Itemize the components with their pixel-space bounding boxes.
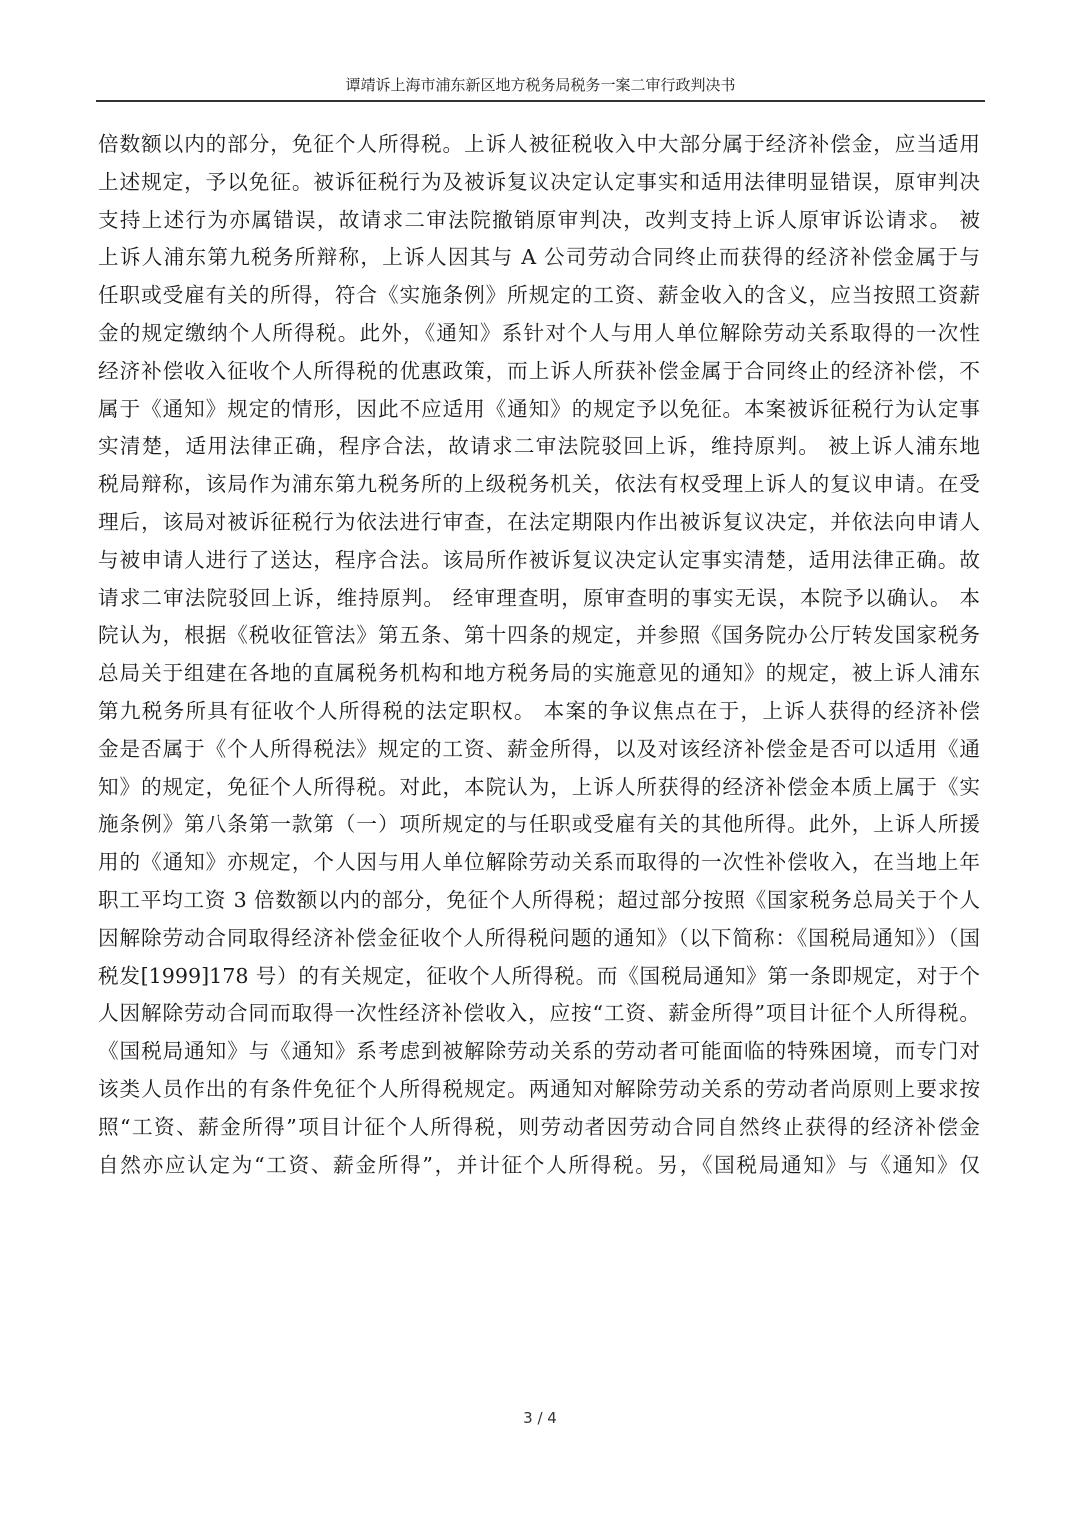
text-line: 该类人员作出的有条件免征个人所得税规定。两通知对解除劳动关系的劳动者尚原则上要求… [98,1071,980,1109]
text-line: 院认为，根据《税收征管法》第五条、第十四条的规定，并参照《国务院办公厅转发国家税… [98,617,980,655]
text-line: 金的规定缴纳个人所得税。此外，《通知》系针对个人与用人单位解除劳动关系取得的一次… [98,315,980,353]
text-line: 第九税务所具有征收个人所得税的法定职权。 本案的争议焦点在于，上诉人获得的经济补… [98,693,980,731]
text-line: 属于《通知》规定的情形，因此不应适用《通知》的规定予以免征。本案被诉征税行为认定… [98,391,980,429]
text-line: 总局关于组建在各地的直属税务机构和地方税务局的实施意见的通知》的规定，被上诉人浦… [98,655,980,693]
page-number: 3 / 4 [440,1409,640,1427]
text-line: 实清楚，适用法律正确，程序合法，故请求二审法院驳回上诉，维持原判。 被上诉人浦东… [98,428,980,466]
text-line: 《国税局通知》与《通知》系考虑到被解除劳动关系的劳动者可能面临的特殊困境，而专门… [98,1033,980,1071]
text-line: 任职或受雇有关的所得，符合《实施条例》所规定的工资、薪金收入的含义，应当按照工资… [98,277,980,315]
text-line: 倍数额以内的部分，免征个人所得税。上诉人被征税收入中大部分属于经济补偿金，应当适… [98,126,980,164]
text-line: 税发[1999]178 号）的有关规定，征收个人所得税。而《国税局通知》第一条即… [98,958,980,996]
text-line: 用的《通知》亦规定，个人因与用人单位解除劳动关系而取得的一次性补偿收入，在当地上… [98,844,980,882]
document-header-title: 谭靖诉上海市浦东新区地方税务局税务一案二审行政判决书 [96,74,985,95]
text-line: 自然亦应认定为“工资、薪金所得”，并计征个人所得税。另，《国税局通知》与《通知》… [98,1147,980,1185]
text-line: 支持上述行为亦属错误，故请求二审法院撤销原审判决，改判支持上诉人原审诉讼请求。 … [98,202,980,240]
text-line: 金是否属于《个人所得税法》规定的工资、薪金所得，以及对该经济补偿金是否可以适用《… [98,731,980,769]
text-line: 知》的规定，免征个人所得税。对此，本院认为，上诉人所获得的经济补偿金本质上属于《… [98,769,980,807]
text-line: 税局辩称，该局作为浦东第九税务所的上级税务机关，依法有权受理上诉人的复议申请。在… [98,466,980,504]
text-line: 请求二审法院驳回上诉，维持原判。 经审理查明，原审查明的事实无误，本院予以确认。… [98,580,980,618]
text-line: 人因解除劳动合同而取得一次性经济补偿收入，应按“工资、薪金所得”项目计征个人所得… [98,995,980,1033]
header-divider [96,100,985,102]
text-line: 照“工资、薪金所得”项目计征个人所得税，则劳动者因劳动合同自然终止获得的经济补偿… [98,1109,980,1147]
text-line: 与被申请人进行了送达，程序合法。该局所作被诉复议决定认定事实清楚，适用法律正确。… [98,542,980,580]
text-line: 上述规定，予以免征。被诉征税行为及被诉复议决定认定事实和适用法律明显错误，原审判… [98,164,980,202]
text-line: 理后，该局对被诉征税行为依法进行审查，在法定期限内作出被诉复议决定，并依法向申请… [98,504,980,542]
text-line: 职工平均工资 3 倍数额以内的部分，免征个人所得税；超过部分按照《国家税务总局关… [98,882,980,920]
text-line: 上诉人浦东第九税务所辩称，上诉人因其与 A 公司劳动合同终止而获得的经济补偿金属… [98,239,980,277]
judgment-body-text: 倍数额以内的部分，免征个人所得税。上诉人被征税收入中大部分属于经济补偿金，应当适… [98,126,980,1184]
text-line: 经济补偿收入征收个人所得税的优惠政策，而上诉人所获补偿金属于合同终止的经济补偿，… [98,353,980,391]
text-line: 施条例》第八条第一款第（一）项所规定的与任职或受雇有关的其他所得。此外，上诉人所… [98,806,980,844]
text-line: 因解除劳动合同取得经济补偿金征收个人所得税问题的通知》（以下简称：《国税局通知》… [98,920,980,958]
